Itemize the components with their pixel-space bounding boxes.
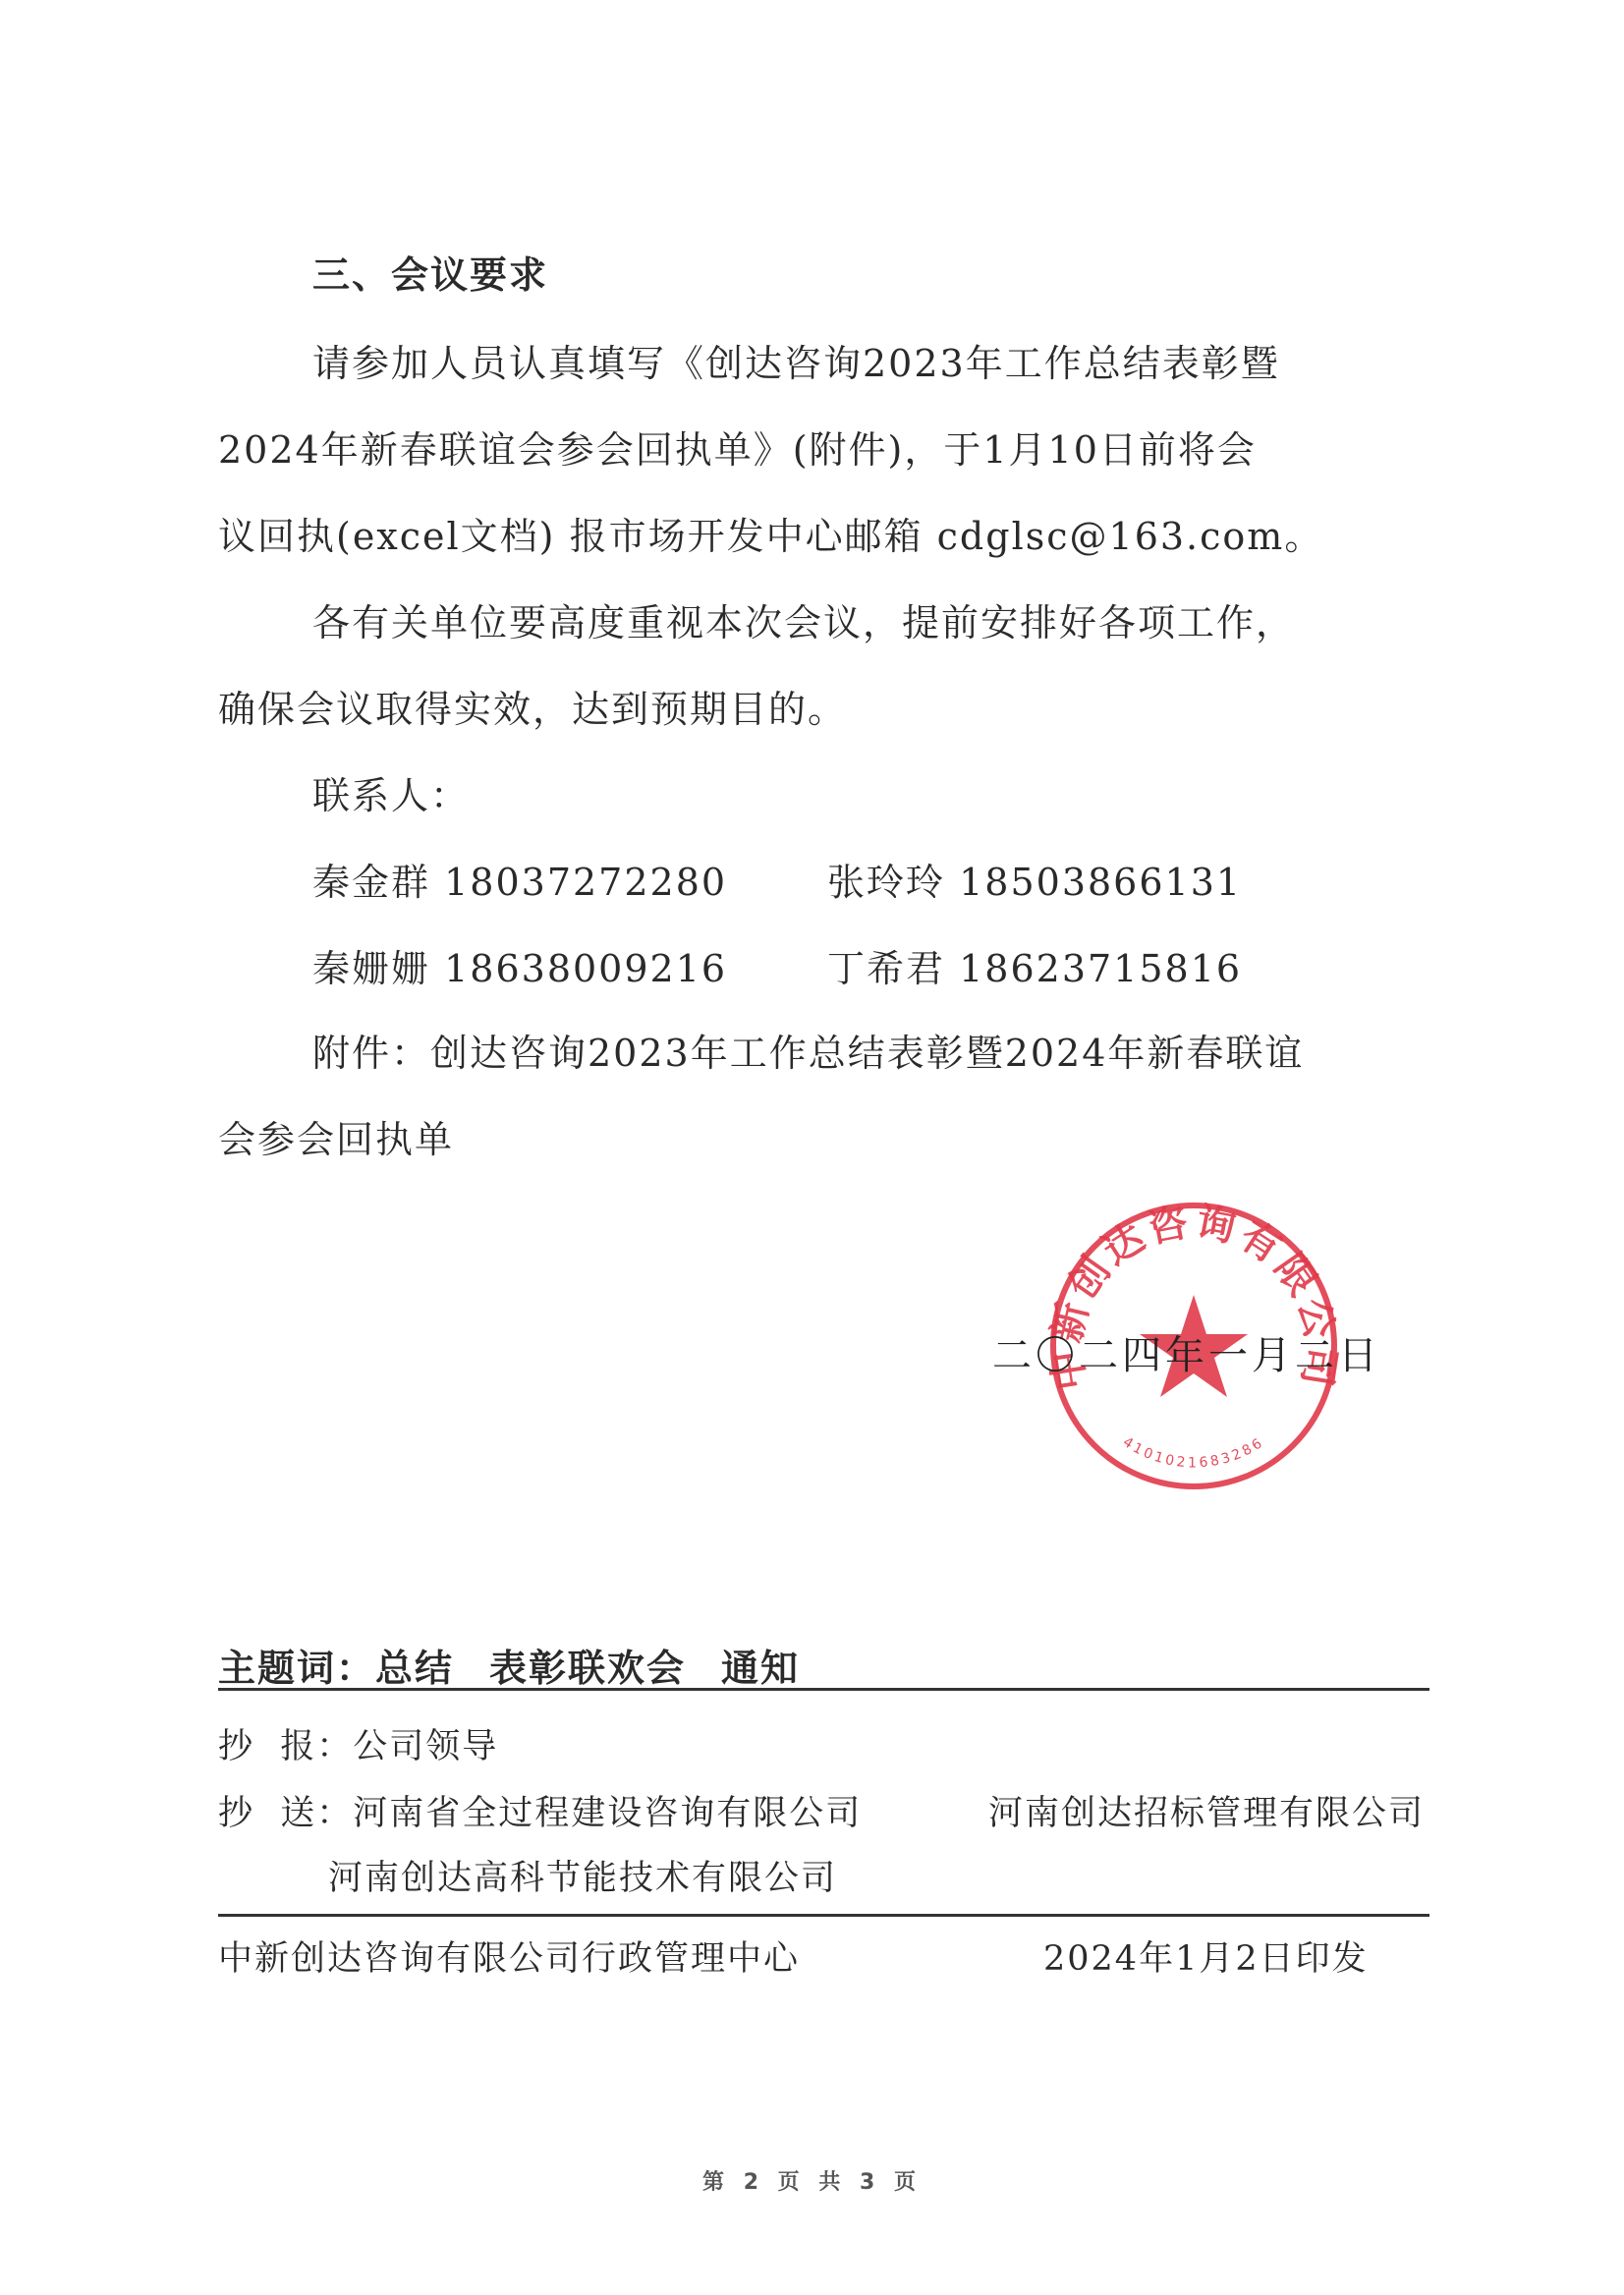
contact-entry: 张玲玲 18503866131 bbox=[827, 861, 1242, 904]
report-label: 抄 报： bbox=[218, 1727, 353, 1766]
section-heading: 三、会议要求 bbox=[312, 253, 548, 297]
signature-date: 二〇二四年一月二日 bbox=[992, 1324, 1381, 1380]
attachment-line: 会参会回执单 bbox=[218, 1118, 454, 1161]
paragraph-line: 各有关单位要高度重视本次会议，提前安排好各项工作， bbox=[312, 601, 1295, 644]
paragraph-line: 2024年新春联谊会参会回执单》(附件)，于1月10日前将会 bbox=[218, 428, 1257, 472]
contact-phone: 18623715816 bbox=[959, 947, 1242, 990]
send-recipient: 河南省全过程建设咨询有限公司 bbox=[353, 1794, 862, 1833]
contact-phone: 18503866131 bbox=[959, 861, 1242, 904]
attachment-line: 附件：创达咨询2023年工作总结表彰暨2024年新春联谊 bbox=[312, 1032, 1304, 1075]
report-to: 抄 报：公司领导 bbox=[218, 1725, 498, 1768]
send-recipient: 河南创达高科节能技术有限公司 bbox=[328, 1857, 837, 1900]
paragraph-line: 确保会议取得实效，达到预期目的。 bbox=[218, 688, 847, 731]
keywords: 主题词：总结表彰联欢会通知 bbox=[218, 1647, 800, 1690]
contact-phone: 18638009216 bbox=[444, 947, 727, 990]
contact-name: 秦金群 bbox=[312, 861, 430, 904]
send-label: 抄 送： bbox=[218, 1794, 353, 1833]
divider bbox=[218, 1688, 1429, 1691]
issue-date: 2024年1月2日印发 bbox=[1043, 1937, 1369, 1981]
report-recipient: 公司领导 bbox=[353, 1727, 498, 1766]
contact-phone: 18037272280 bbox=[444, 861, 727, 904]
keyword: 表彰联欢会 bbox=[489, 1647, 686, 1690]
send-to: 抄 送：河南省全过程建设咨询有限公司 bbox=[218, 1792, 862, 1835]
paragraph-line: 议回执(excel文档) 报市场开发中心邮箱 cdglsc@163.com。 bbox=[218, 515, 1323, 558]
divider bbox=[218, 1914, 1429, 1917]
contact-name: 张玲玲 bbox=[827, 861, 945, 904]
contact-name: 秦姗姗 bbox=[312, 947, 430, 990]
issuer-org: 中新创达咨询有限公司行政管理中心 bbox=[218, 1937, 800, 1981]
paragraph-line: 请参加人员认真填写《创达咨询2023年工作总结表彰暨 bbox=[312, 342, 1280, 385]
keywords-label: 主题词： bbox=[218, 1647, 375, 1690]
send-recipient: 河南创达招标管理有限公司 bbox=[988, 1792, 1425, 1835]
seal-code: 4101021683286 bbox=[1120, 1434, 1267, 1471]
page-number: 第 2 页 共 3 页 bbox=[0, 2165, 1624, 2196]
contact-entry: 秦金群 18037272280 bbox=[312, 861, 727, 904]
keyword: 通知 bbox=[721, 1647, 800, 1690]
contact-entry: 秦姗姗 18638009216 bbox=[312, 947, 727, 990]
keyword: 总结 bbox=[375, 1647, 454, 1690]
contacts-label: 联系人： bbox=[312, 774, 470, 817]
contact-entry: 丁希君 18623715816 bbox=[827, 947, 1242, 990]
contact-name: 丁希君 bbox=[827, 947, 945, 990]
svg-text:4101021683286: 4101021683286 bbox=[1120, 1434, 1267, 1471]
